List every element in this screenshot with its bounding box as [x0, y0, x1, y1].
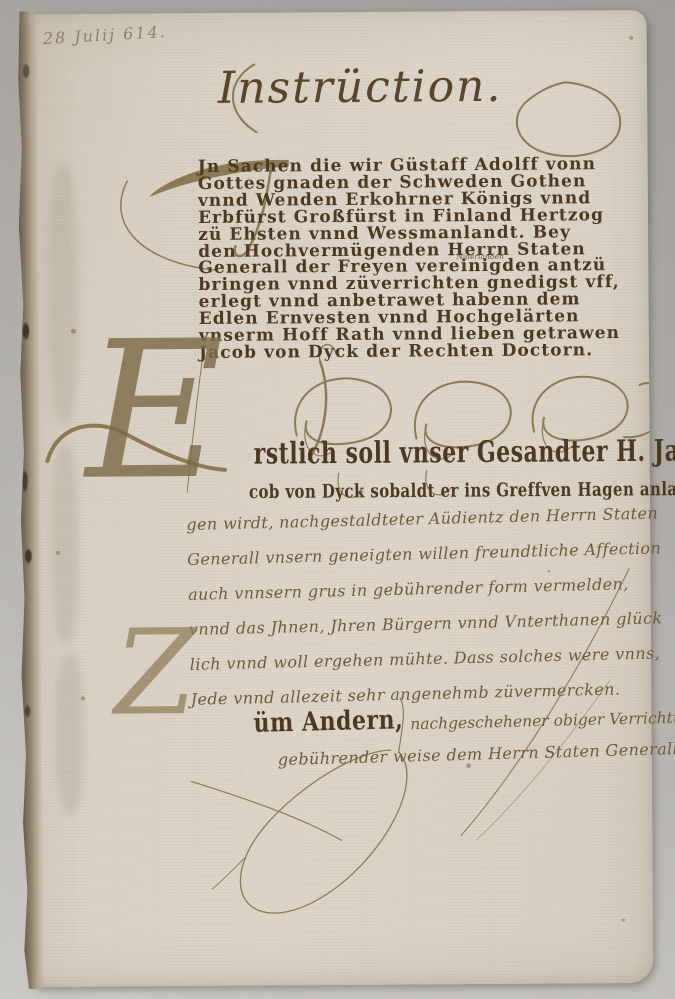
manuscript-photo: 28 Julij 614. Instrüction. Jn Sachen die…: [0, 0, 675, 999]
interlinear-note: Niderlanden: [456, 252, 504, 261]
manuscript-page: 28 Julij 614. Instrüction. Jn Sachen die…: [25, 10, 654, 987]
initial-letter-e: E: [85, 335, 225, 488]
preamble-line: Jacob von Dyck der Rechten Doctorn.: [199, 342, 629, 362]
andern-heading: üm Andern,: [253, 704, 403, 739]
initial-letter-z: Z: [114, 625, 197, 720]
erstlich-heading: rstlich soll vnser Gesandter H. Ja: [254, 434, 675, 472]
page-title: Instrüction.: [195, 61, 525, 114]
preamble-paragraph: Jn Sachen die wir Güstaff Adolff vonn Go…: [198, 156, 629, 362]
andern-heading-rest: nachgeschehener obiger Verrichtung soll …: [410, 707, 675, 734]
erstlich-heading-carryover: cob von Dyck sobaldt er ins Greffven Hag…: [249, 478, 675, 504]
